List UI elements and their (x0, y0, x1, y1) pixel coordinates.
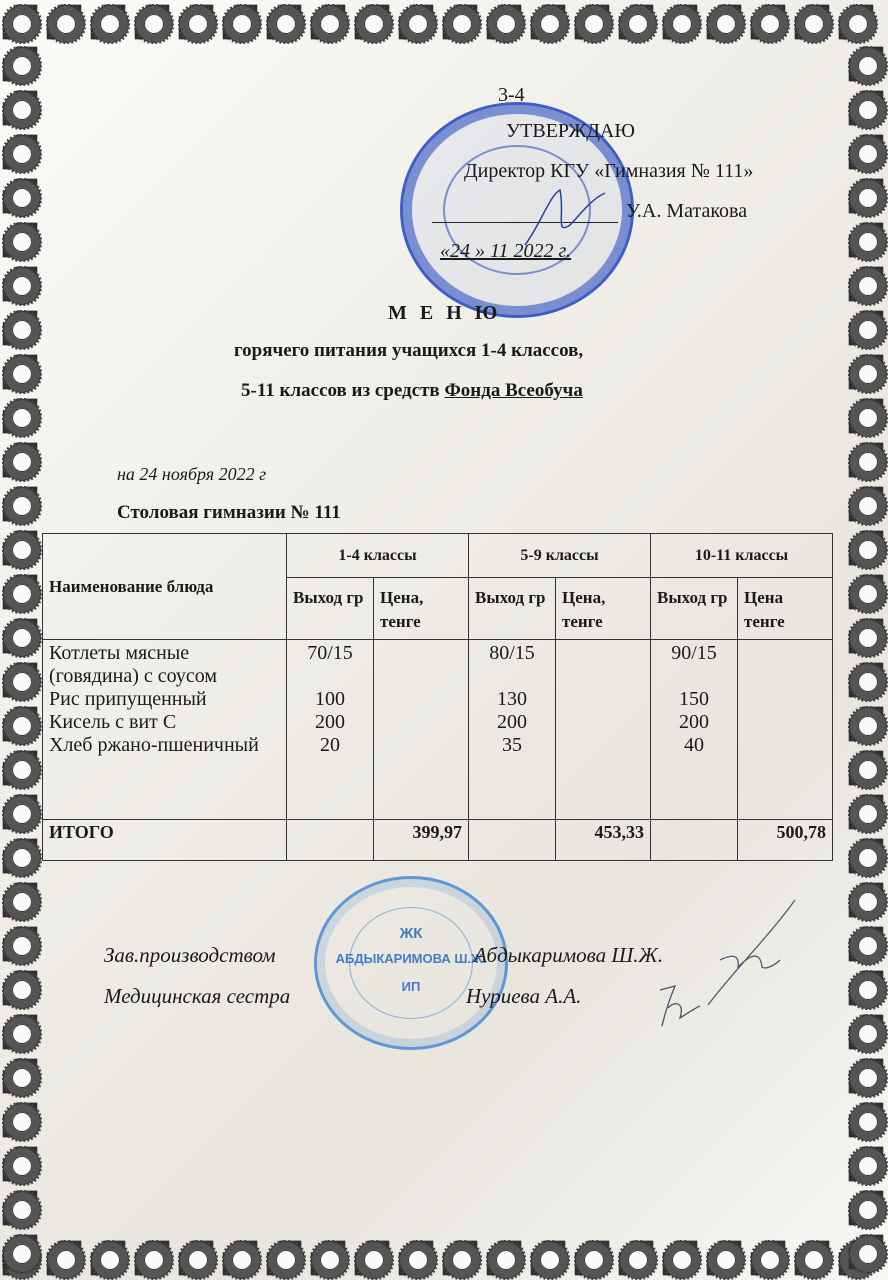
price-cell (374, 640, 469, 820)
ornament-flower-icon (846, 1100, 886, 1140)
ornament-flower-icon (528, 1238, 568, 1278)
price-header: Цена, тенге (556, 578, 651, 640)
dish-column-header: Наименование блюда (43, 534, 287, 640)
ornament-flower-icon (846, 1012, 886, 1052)
ornament-flower-icon (846, 396, 886, 436)
total-label: ИТОГО (43, 820, 287, 861)
menu-subtitle-line1: горячего питания учащихся 1-4 классов, (234, 340, 583, 362)
group-header: 1-4 классы (287, 534, 469, 578)
dish-item: Хлеб ржано-пшеничный (49, 734, 280, 757)
signatory-role: Медицинская сестра (104, 984, 290, 1009)
ornament-flower-icon (0, 968, 40, 1008)
ornament-flower-icon (176, 1238, 216, 1278)
ornament-flower-icon (44, 1238, 84, 1278)
signature-icon (700, 895, 810, 1015)
ornament-flower-icon (616, 2, 656, 42)
dish-item: Рис припущенный (49, 688, 280, 711)
ornament-flower-icon (308, 1238, 348, 1278)
ornament-flower-icon (0, 660, 40, 700)
ornament-flower-icon (846, 132, 886, 172)
ornament-flower-icon (528, 2, 568, 42)
ornament-flower-icon (0, 220, 40, 260)
ornament-flower-icon (396, 2, 436, 42)
yield-header: Выход гр (469, 578, 556, 640)
ornament-flower-icon (792, 2, 832, 42)
ornament-flower-icon (846, 924, 886, 964)
signatory-role: Зав.производством (104, 943, 276, 968)
ornament-flower-icon (176, 2, 216, 42)
ornament-flower-icon (846, 220, 886, 260)
approval-heading: УТВЕРЖДАЮ (506, 120, 635, 143)
ornament-flower-icon (0, 836, 40, 876)
ornament-flower-icon (846, 704, 886, 744)
menu-title: М Е Н Ю (388, 302, 501, 325)
ornament-flower-icon (846, 880, 886, 920)
ornament-flower-icon (846, 88, 886, 128)
ornament-flower-icon (846, 660, 886, 700)
director-position: Директор КГУ «Гимназия № 111» (464, 160, 753, 183)
ornament-flower-icon (352, 1238, 392, 1278)
ornament-flower-icon (572, 2, 612, 42)
director-signature-icon (520, 185, 610, 255)
ornament-flower-icon (88, 2, 128, 42)
ornament-flower-icon (846, 44, 886, 84)
ornament-flower-icon (748, 1238, 788, 1278)
ornament-flower-icon (846, 748, 886, 788)
ornament-flower-icon (0, 88, 40, 128)
ornament-flower-icon (220, 1238, 260, 1278)
ornament-flower-icon (132, 1238, 172, 1278)
dish-list: Котлеты мясные (говядина) с соусом Рис п… (43, 640, 287, 820)
ornament-flower-icon (440, 1238, 480, 1278)
ornament-flower-icon (0, 572, 40, 612)
total-price: 453,33 (556, 820, 651, 861)
ornament-flower-icon (0, 1144, 40, 1184)
ornament-flower-icon (660, 2, 700, 42)
ornament-flower-icon (846, 968, 886, 1008)
ornament-flower-icon (0, 352, 40, 392)
ornament-flower-icon (846, 836, 886, 876)
ornament-flower-icon (0, 484, 40, 524)
ornament-flower-icon (0, 176, 40, 216)
ornament-flower-icon (484, 1238, 524, 1278)
ornament-flower-icon (616, 1238, 656, 1278)
ornament-flower-icon (0, 1232, 40, 1272)
ornament-flower-icon (0, 44, 40, 84)
ornament-flower-icon (0, 308, 40, 348)
ornament-flower-icon (846, 1144, 886, 1184)
total-row: ИТОГО 399,97 453,33 500,78 (43, 820, 833, 861)
price-header: Цена, тенге (374, 578, 469, 640)
signatory-name: Абдыкаримова Ш.Ж. (474, 943, 663, 968)
ornament-flower-icon (132, 2, 172, 42)
fund-name: Фонда Всеобуча (444, 380, 582, 401)
yield-header: Выход гр (287, 578, 374, 640)
ornament-flower-icon (836, 2, 876, 42)
director-name: У.А. Матакова (626, 200, 747, 222)
ornament-flower-icon (0, 748, 40, 788)
ornament-flower-icon (846, 484, 886, 524)
ornament-flower-icon (846, 616, 886, 656)
dish-item: Кисель с вит С (49, 711, 280, 734)
ornament-flower-icon (0, 396, 40, 436)
ornament-flower-icon (0, 1188, 40, 1228)
ornament-flower-icon (846, 1056, 886, 1096)
ornament-flower-icon (0, 792, 40, 832)
signatory-name: Нуриева А.А. (466, 984, 581, 1009)
ornament-flower-icon (0, 132, 40, 172)
ornament-flower-icon (572, 1238, 612, 1278)
ornament-flower-icon (0, 528, 40, 568)
ornament-flower-icon (846, 528, 886, 568)
group-header: 10-11 классы (651, 534, 833, 578)
price-cell (556, 640, 651, 820)
group-header: 5-9 классы (469, 534, 651, 578)
ornament-flower-icon (704, 2, 744, 42)
ornament-flower-icon (0, 1056, 40, 1096)
ornament-flower-icon (0, 1100, 40, 1140)
total-price: 500,78 (738, 820, 833, 861)
ornament-flower-icon (0, 1012, 40, 1052)
price-header: Цена тенге (738, 578, 833, 640)
ornament-flower-icon (440, 2, 480, 42)
ornament-flower-icon (352, 2, 392, 42)
ornament-flower-icon (704, 1238, 744, 1278)
ornament-flower-icon (846, 352, 886, 392)
signature-icon (650, 978, 710, 1033)
ornament-flower-icon (0, 264, 40, 304)
document-page: 3-4 УТВЕРЖДАЮ Директор КГУ «Гимназия № 1… (0, 0, 888, 1280)
yield-values: 90/15 150 200 40 (651, 640, 738, 820)
ornament-flower-icon (264, 1238, 304, 1278)
price-cell (738, 640, 833, 820)
ornament-flower-icon (660, 1238, 700, 1278)
ornament-flower-icon (396, 1238, 436, 1278)
menu-table: Наименование блюда 1-4 классы 5-9 классы… (42, 533, 833, 861)
ornament-flower-icon (0, 880, 40, 920)
yield-header: Выход гр (651, 578, 738, 640)
ornament-flower-icon (0, 440, 40, 480)
ornament-flower-icon (792, 1238, 832, 1278)
ornament-flower-icon (846, 176, 886, 216)
ornament-flower-icon (484, 2, 524, 42)
menu-date: на 24 ноября 2022 г (117, 464, 266, 485)
ornament-flower-icon (220, 2, 260, 42)
ornament-flower-icon (748, 2, 788, 42)
ornament-flower-icon (846, 572, 886, 612)
table-row: Котлеты мясные (говядина) с соусом Рис п… (43, 640, 833, 820)
ornament-flower-icon (0, 616, 40, 656)
ornament-flower-icon (846, 440, 886, 480)
menu-subtitle-line2: 5-11 классов из средств Фонда Всеобуча (241, 380, 583, 402)
total-price: 399,97 (374, 820, 469, 861)
yield-values: 70/15 100 200 20 (287, 640, 374, 820)
ornament-flower-icon (846, 1188, 886, 1228)
ornament-flower-icon (0, 704, 40, 744)
ornament-flower-icon (0, 924, 40, 964)
ornament-flower-icon (264, 2, 304, 42)
ornament-flower-icon (88, 1238, 128, 1278)
ornament-flower-icon (846, 308, 886, 348)
ornament-flower-icon (0, 2, 40, 42)
dish-item: Котлеты мясные (говядина) с соусом (49, 642, 280, 688)
ornament-flower-icon (44, 2, 84, 42)
ornament-flower-icon (846, 792, 886, 832)
ornament-flower-icon (846, 264, 886, 304)
yield-values: 80/15 130 200 35 (469, 640, 556, 820)
ornament-flower-icon (846, 1232, 886, 1272)
ornament-flower-icon (308, 2, 348, 42)
canteen-name: Столовая гимназии № 111 (117, 502, 341, 524)
